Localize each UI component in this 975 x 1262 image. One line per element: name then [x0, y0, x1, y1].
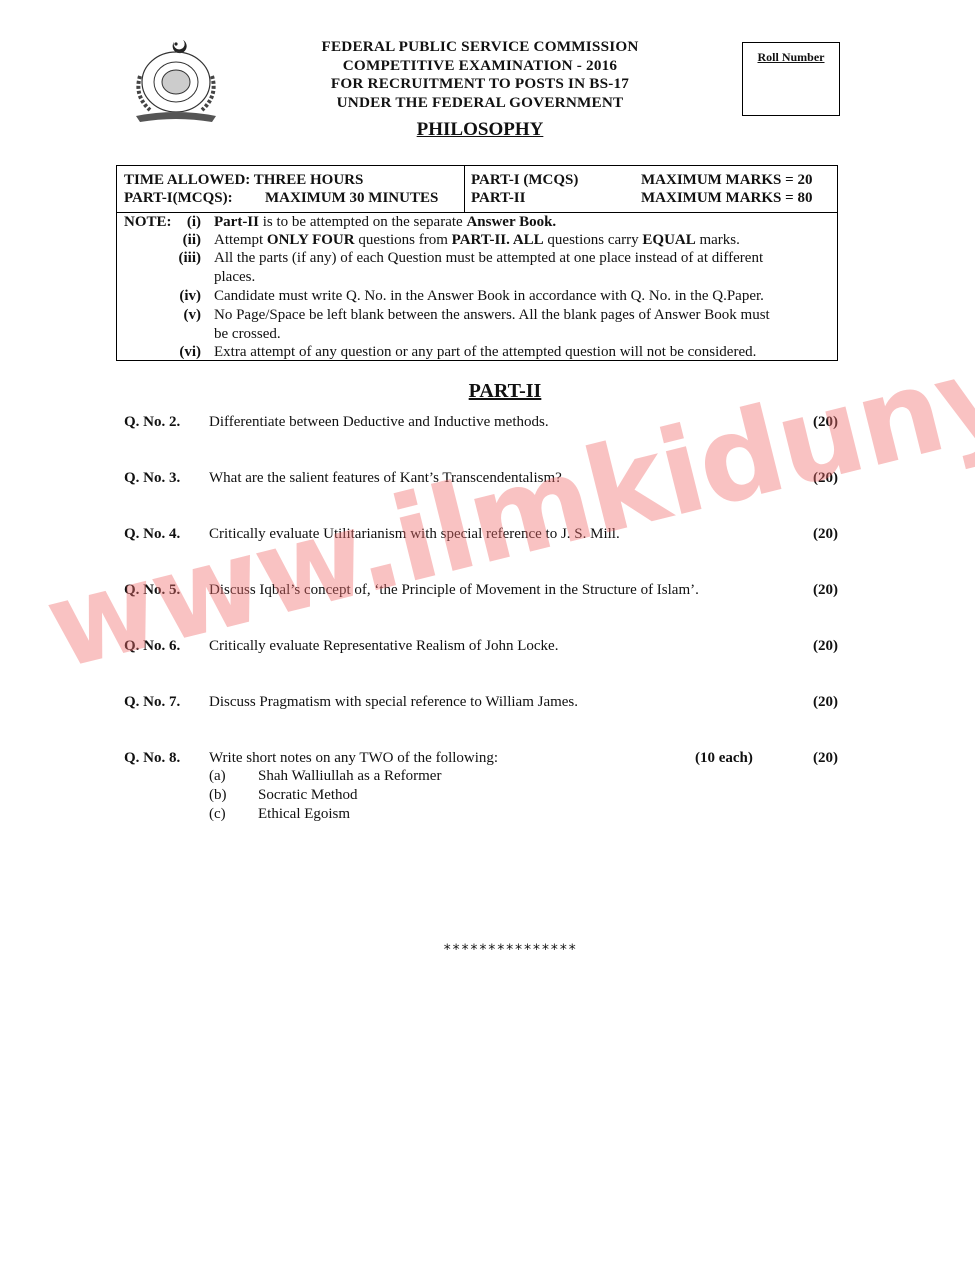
subpart-label: (c)	[209, 806, 258, 823]
subpart-label: (a)	[209, 768, 258, 785]
note-number: (iv)	[179, 288, 201, 305]
part1-label: PART-I (MCQS)	[471, 172, 578, 189]
note-heading: NOTE:	[124, 214, 172, 231]
question-number: Q. No. 2.	[124, 414, 180, 431]
note-text-continued: be crossed.	[214, 326, 281, 343]
subpart-text: Socratic Method	[258, 787, 358, 803]
note-number: (v)	[184, 307, 202, 324]
header-line: COMPETITIVE EXAMINATION - 2016	[280, 57, 680, 76]
part1-label-text: PART-I (MCQS)	[471, 172, 578, 188]
mcq-time-value: MAXIMUM 30 MINUTES	[265, 190, 438, 207]
exam-header: FEDERAL PUBLIC SERVICE COMMISSION COMPET…	[280, 38, 680, 112]
question-text: Critically evaluate Representative Reali…	[209, 638, 558, 655]
question-number: Q. No. 3.	[124, 470, 180, 487]
note-text-continued: places.	[214, 269, 255, 286]
end-marker: ***************	[443, 942, 577, 958]
note-text: Part-II is to be attempted on the separa…	[214, 214, 556, 231]
column-divider	[464, 166, 465, 212]
mcq-time-label: PART-I(MCQS):	[124, 190, 233, 207]
note-text: All the parts (if any) of each Question …	[214, 250, 763, 267]
question-number: Q. No. 7.	[124, 694, 180, 711]
instructions-box: TIME ALLOWED: THREE HOURS PART-I(MCQS): …	[116, 165, 838, 361]
note-text: Attempt ONLY FOUR questions from PART-II…	[214, 232, 740, 249]
question-number: Q. No. 6.	[124, 638, 180, 655]
question-marks: (20)	[813, 694, 838, 711]
question-text: Write short notes on any TWO of the foll…	[209, 750, 498, 767]
part2-label: PART-II	[471, 190, 526, 207]
question-text: Discuss Iqbal’s concept of, ‘the Princip…	[209, 582, 699, 599]
subpart-text: Ethical Egoism	[258, 806, 350, 822]
subject-title: PHILOSOPHY	[380, 119, 580, 141]
note-text: Extra attempt of any question or any par…	[214, 344, 756, 361]
subpart-text: Shah Walliullah as a Reformer	[258, 768, 441, 784]
question-marks: (20)	[813, 750, 838, 767]
question-marks: (20)	[813, 526, 838, 543]
note-text: No Page/Space be left blank between the …	[214, 307, 770, 324]
question-marks: (20)	[813, 638, 838, 655]
question-marks: (20)	[813, 470, 838, 487]
note-number: (iii)	[179, 250, 202, 267]
subpart-item: (a)Shah Walliullah as a Reformer	[209, 768, 441, 785]
question-number: Q. No. 8.	[124, 750, 180, 767]
question-text: Discuss Pragmatism with special referenc…	[209, 694, 578, 711]
question-number: Q. No. 4.	[124, 526, 180, 543]
question-marks: (20)	[813, 414, 838, 431]
part1-marks: MAXIMUM MARKS = 20	[641, 172, 812, 189]
subpart-label: (b)	[209, 787, 258, 804]
header-line: UNDER THE FEDERAL GOVERNMENT	[280, 94, 680, 113]
header-line: FOR RECRUITMENT TO POSTS IN BS-17	[280, 75, 680, 94]
part-ii-heading: PART-II	[430, 380, 580, 403]
question-text: Differentiate between Deductive and Indu…	[209, 414, 549, 431]
fpsc-emblem-icon	[124, 36, 228, 126]
note-text: Candidate must write Q. No. in the Answe…	[214, 288, 764, 305]
roll-number-box[interactable]: Roll Number	[742, 42, 840, 116]
question-marks: (20)	[813, 582, 838, 599]
roll-number-label: Roll Number	[758, 50, 825, 65]
header-line: FEDERAL PUBLIC SERVICE COMMISSION	[280, 38, 680, 57]
marks-each: (10 each)	[695, 750, 753, 767]
time-allowed: TIME ALLOWED: THREE HOURS	[124, 172, 363, 189]
subpart-item: (b)Socratic Method	[209, 787, 358, 804]
note-number: (vi)	[179, 344, 201, 361]
note-number: (i)	[187, 214, 201, 231]
part2-marks: MAXIMUM MARKS = 80	[641, 190, 812, 207]
question-text: What are the salient features of Kant’s …	[209, 470, 562, 487]
question-text: Critically evaluate Utilitarianism with …	[209, 526, 620, 543]
note-number: (ii)	[183, 232, 201, 249]
question-number: Q. No. 5.	[124, 582, 180, 599]
subpart-item: (c)Ethical Egoism	[209, 806, 350, 823]
